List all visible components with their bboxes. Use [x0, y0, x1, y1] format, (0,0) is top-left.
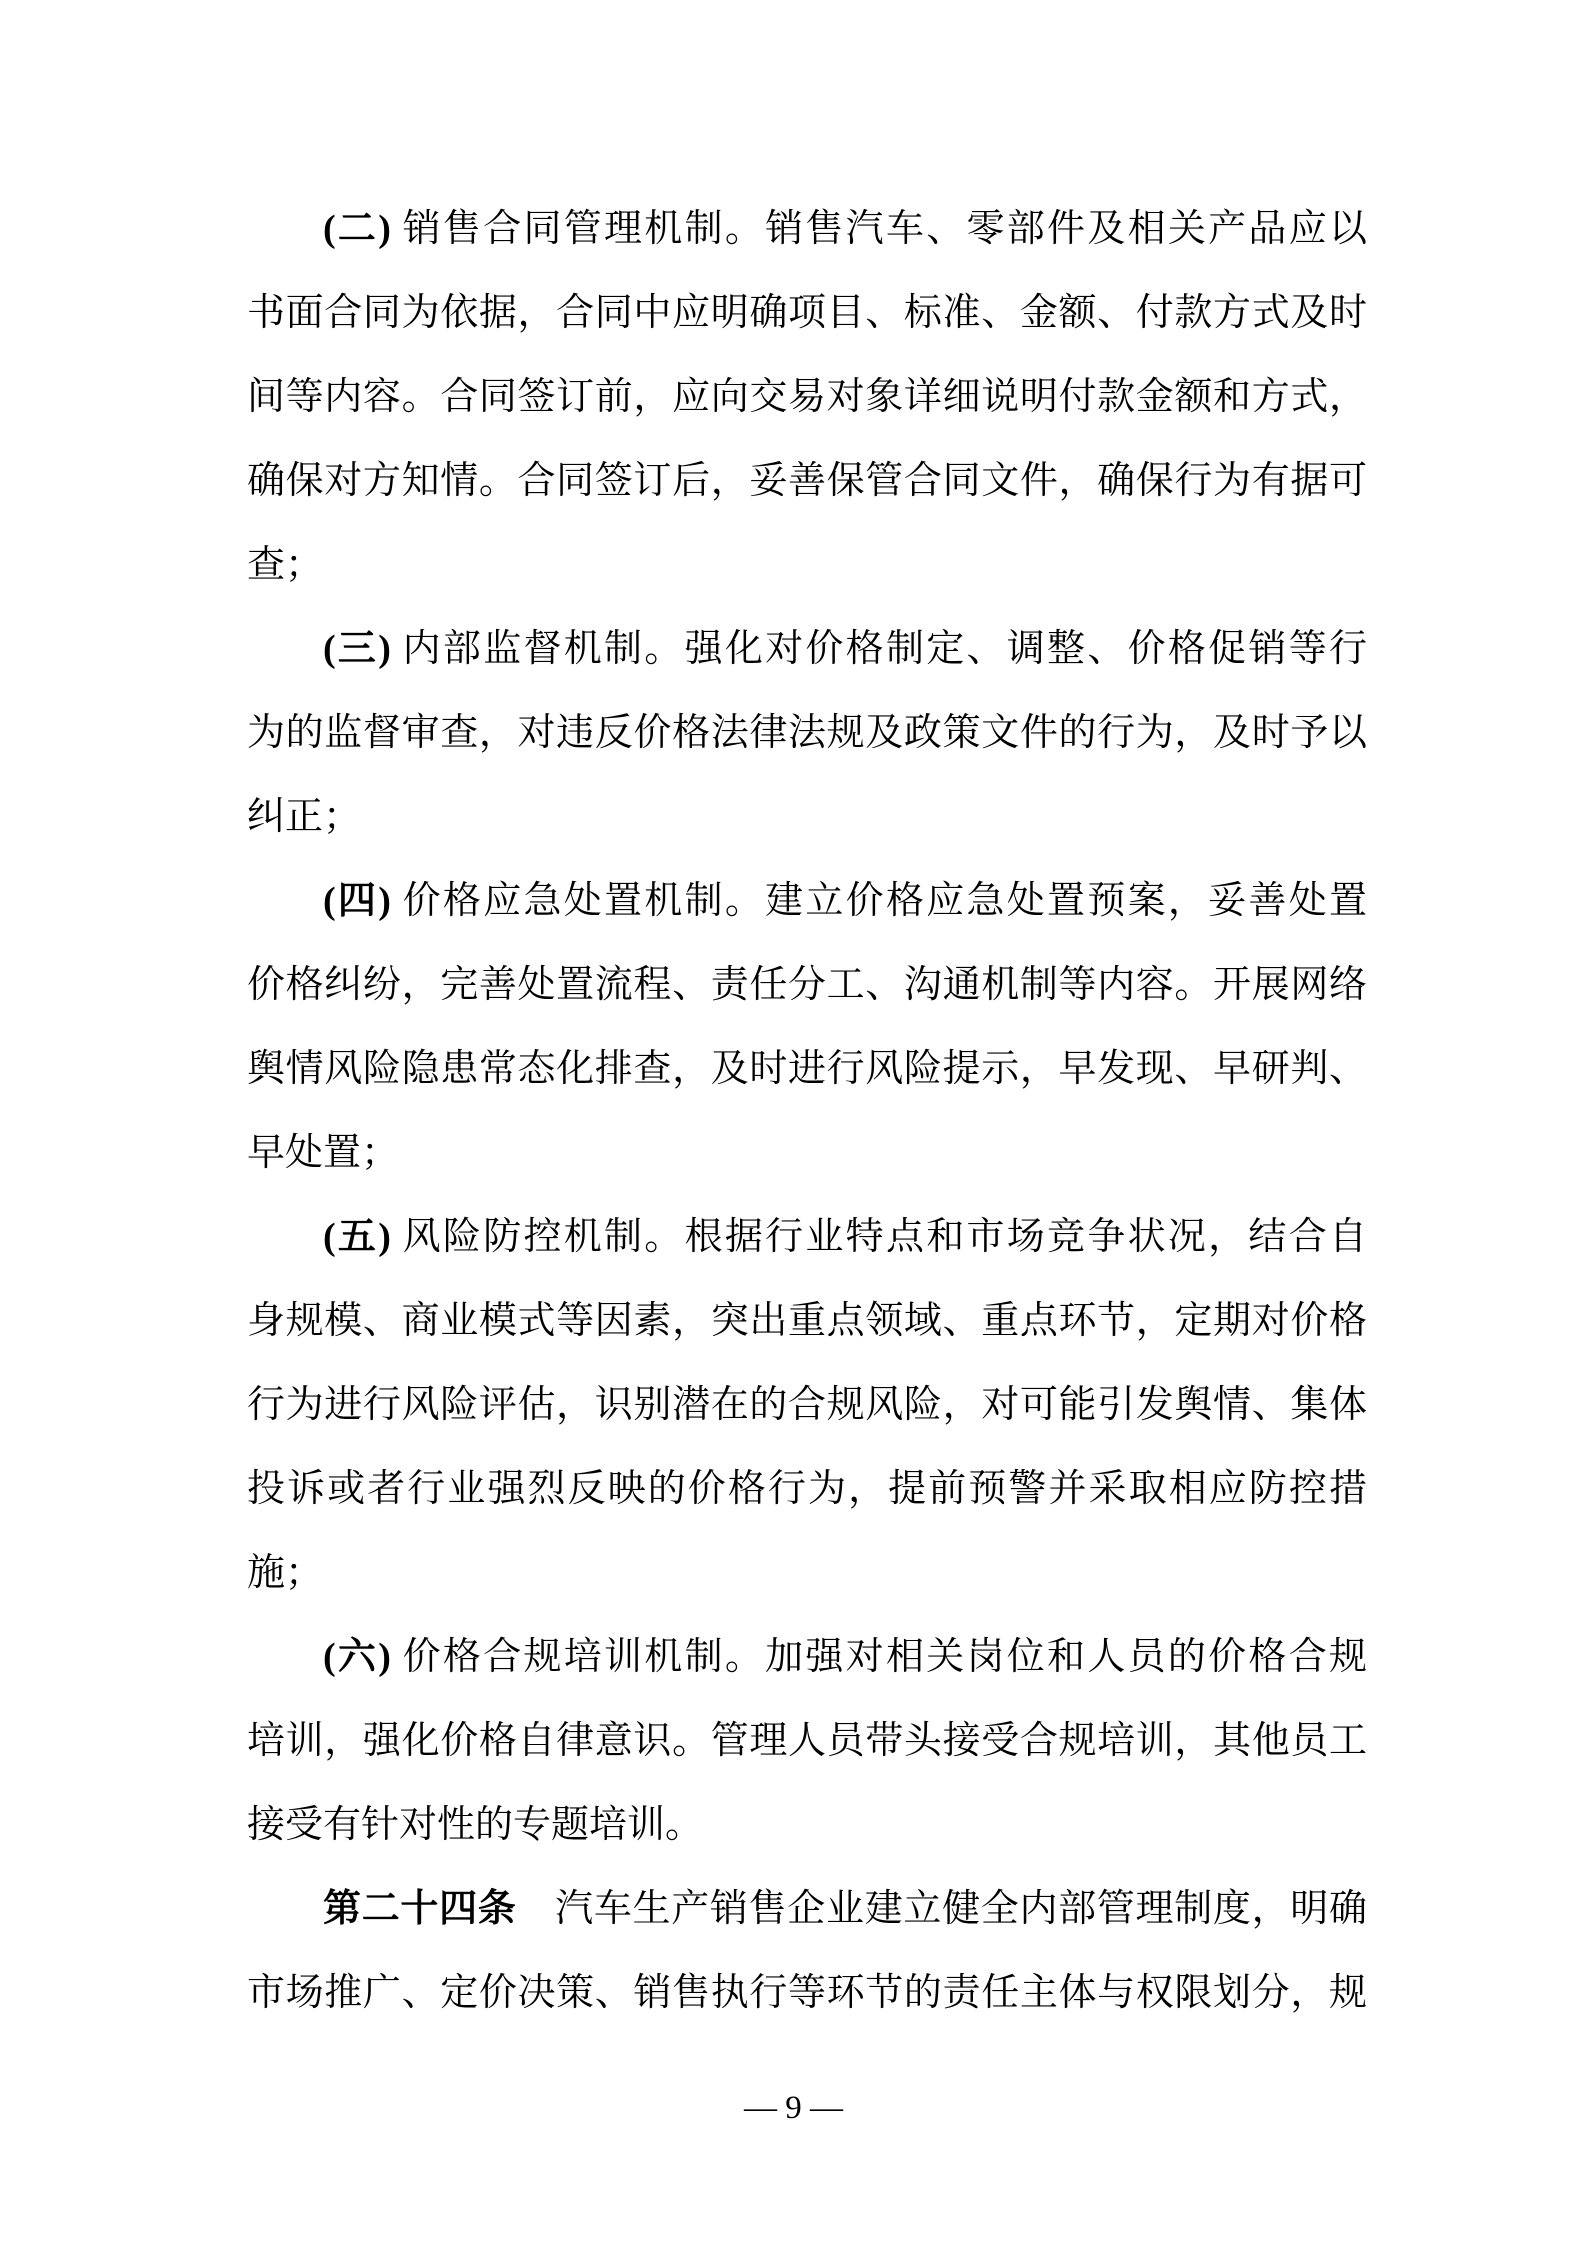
text-line: 行为进行风险评估，识别潜在的合规风险，对可能引发舆情、集体: [247, 1363, 1367, 1447]
text-segment: 为的监督审查，对违反价格法律法规及政策文件的行为，及时予以: [247, 712, 1367, 754]
text-line: 第二十四条 汽车生产销售企业建立健全内部管理制度，明确: [247, 1867, 1367, 1951]
text-line: 纠正；: [247, 775, 1367, 859]
text-line: 施；: [247, 1531, 1367, 1615]
text-line: 查；: [247, 523, 1367, 607]
text-segment: 风险防控机制。根据行业特点和市场竞争状况，结合自: [403, 1216, 1367, 1258]
text-line: 早处置；: [247, 1111, 1367, 1195]
bold-text-segment: (四): [323, 880, 403, 922]
text-segment: 销售合同管理机制。销售汽车、零部件及相关产品应以: [403, 208, 1367, 250]
bold-text-segment: (二): [323, 208, 403, 250]
text-line: 市场推广、定价决策、销售执行等环节的责任主体与权限划分，规: [247, 1951, 1367, 2035]
bold-text-segment: (六): [323, 1636, 403, 1678]
text-line: 舆情风险隐患常态化排查，及时进行风险提示，早发现、早研判、: [247, 1027, 1367, 1111]
text-line: (四) 价格应急处置机制。建立价格应急处置预案，妥善处置: [247, 859, 1367, 943]
document-body: (二) 销售合同管理机制。销售汽车、零部件及相关产品应以书面合同为依据，合同中应…: [247, 187, 1367, 2035]
text-segment: 内部监督机制。强化对价格制定、调整、价格促销等行: [403, 628, 1367, 670]
text-line: (六) 价格合规培训机制。加强对相关岗位和人员的价格合规: [247, 1615, 1367, 1699]
text-line: (五) 风险防控机制。根据行业特点和市场竞争状况，结合自: [247, 1195, 1367, 1279]
text-segment: 确保对方知情。合同签订后，妥善保管合同文件，确保行为有据可: [247, 460, 1367, 502]
text-segment: 书面合同为依据，合同中应明确项目、标准、金额、付款方式及时: [247, 292, 1367, 334]
document-page: (二) 销售合同管理机制。销售汽车、零部件及相关产品应以书面合同为依据，合同中应…: [0, 0, 1587, 2245]
text-segment: 价格应急处置机制。建立价格应急处置预案，妥善处置: [403, 880, 1367, 922]
text-segment: 舆情风险隐患常态化排查，及时进行风险提示，早发现、早研判、: [247, 1048, 1367, 1090]
text-line: (三) 内部监督机制。强化对价格制定、调整、价格促销等行: [247, 607, 1367, 691]
bold-text-segment: (三): [323, 628, 403, 670]
text-segment: 市场推广、定价决策、销售执行等环节的责任主体与权限划分，规: [247, 1972, 1367, 2014]
text-segment: 身规模、商业模式等因素，突出重点领域、重点环节，定期对价格: [247, 1300, 1367, 1342]
text-line: 价格纠纷，完善处置流程、责任分工、沟通机制等内容。开展网络: [247, 943, 1367, 1027]
text-line: 间等内容。合同签订前，应向交易对象详细说明付款金额和方式，: [247, 355, 1367, 439]
text-line: 身规模、商业模式等因素，突出重点领域、重点环节，定期对价格: [247, 1279, 1367, 1363]
text-line: 投诉或者行业强烈反映的价格行为，提前预警并采取相应防控措: [247, 1447, 1367, 1531]
text-segment: 行为进行风险评估，识别潜在的合规风险，对可能引发舆情、集体: [247, 1384, 1367, 1426]
text-segment: 查；: [247, 544, 323, 586]
text-segment: 培训，强化价格自律意识。管理人员带头接受合规培训，其他员工: [247, 1720, 1367, 1762]
bold-text-segment: 第二十四条: [323, 1888, 516, 1930]
text-line: 接受有针对性的专题培训。: [247, 1783, 1367, 1867]
text-line: 为的监督审查，对违反价格法律法规及政策文件的行为，及时予以: [247, 691, 1367, 775]
page-number: — 9 —: [0, 2086, 1587, 2130]
text-line: 书面合同为依据，合同中应明确项目、标准、金额、付款方式及时: [247, 271, 1367, 355]
text-segment: 汽车生产销售企业建立健全内部管理制度，明确: [516, 1888, 1367, 1930]
text-line: (二) 销售合同管理机制。销售汽车、零部件及相关产品应以: [247, 187, 1367, 271]
text-segment: 价格合规培训机制。加强对相关岗位和人员的价格合规: [403, 1636, 1367, 1678]
text-segment: 间等内容。合同签订前，应向交易对象详细说明付款金额和方式，: [247, 376, 1367, 418]
text-segment: 接受有针对性的专题培训。: [247, 1804, 703, 1846]
text-line: 确保对方知情。合同签订后，妥善保管合同文件，确保行为有据可: [247, 439, 1367, 523]
text-segment: 早处置；: [247, 1132, 399, 1174]
bold-text-segment: (五): [323, 1216, 403, 1258]
text-segment: 纠正；: [247, 796, 361, 838]
text-segment: 投诉或者行业强烈反映的价格行为，提前预警并采取相应防控措: [247, 1468, 1367, 1510]
text-line: 培训，强化价格自律意识。管理人员带头接受合规培训，其他员工: [247, 1699, 1367, 1783]
text-segment: 施；: [247, 1552, 323, 1594]
text-segment: 价格纠纷，完善处置流程、责任分工、沟通机制等内容。开展网络: [247, 964, 1367, 1006]
